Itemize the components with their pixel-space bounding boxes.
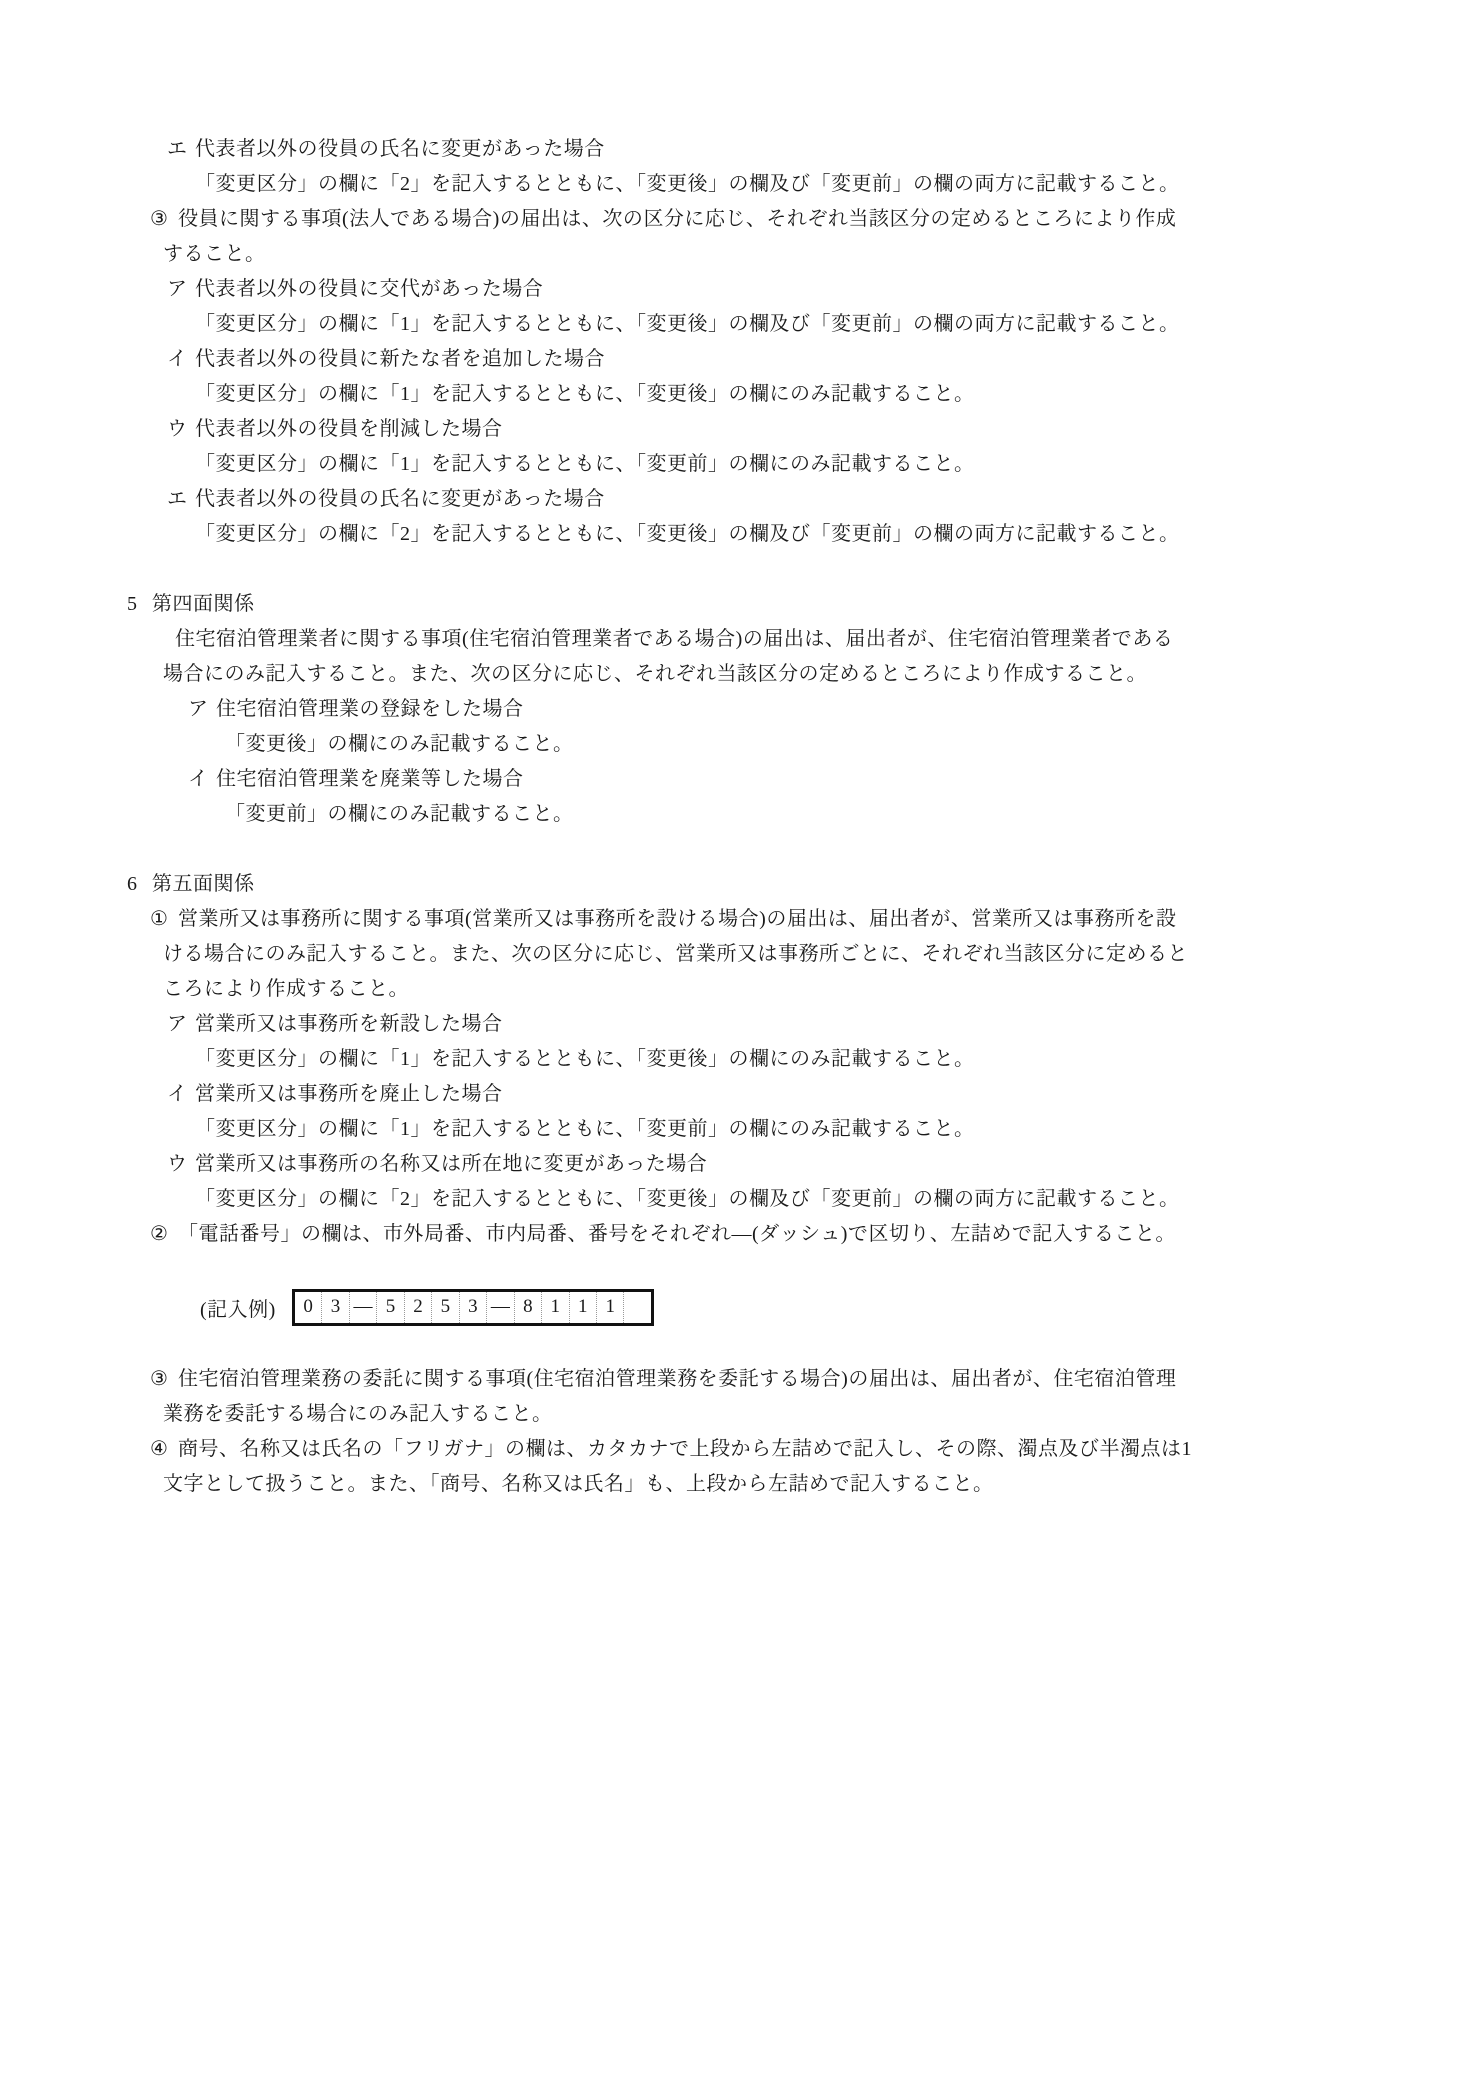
line-marker: エ <box>167 482 195 517</box>
document-line: 「変更区分」の欄に「1」を記入するとともに、「変更後」の欄にのみ記載すること。 <box>0 1042 1459 1077</box>
phone-digit-cell: ― <box>350 1292 377 1323</box>
document-body: エ代表者以外の役員の氏名に変更があった場合「変更区分」の欄に「2」を記入するとと… <box>0 132 1459 1502</box>
phone-digit-cell <box>624 1292 650 1323</box>
document-line: イ営業所又は事務所を廃止した場合 <box>0 1077 1459 1112</box>
document-line: ア営業所又は事務所を新設した場合 <box>0 1007 1459 1042</box>
line-text: 「変更区分」の欄に「1」を記入するとともに、「変更後」の欄にのみ記載すること。 <box>195 1042 975 1077</box>
line-marker: ア <box>167 272 195 307</box>
document-line: 「変更区分」の欄に「2」を記入するとともに、「変更後」の欄及び「変更前」の欄の両… <box>0 1182 1459 1217</box>
phone-digit-cell: 3 <box>322 1292 349 1323</box>
document-line: 「変更区分」の欄に「2」を記入するとともに、「変更後」の欄及び「変更前」の欄の両… <box>0 517 1459 552</box>
line-text: 代表者以外の役員を削減した場合 <box>195 412 503 447</box>
phone-digit-cell: 1 <box>597 1292 624 1323</box>
line-marker: イ <box>167 1077 195 1112</box>
document-line: 「変更区分」の欄に「1」を記入するとともに、「変更後」の欄にのみ記載すること。 <box>0 377 1459 412</box>
document-line: イ住宅宿泊管理業を廃業等した場合 <box>0 762 1459 797</box>
line-text: 住宅宿泊管理業を廃業等した場合 <box>216 762 524 797</box>
line-text: 住宅宿泊管理業務の委託に関する事項(住宅宿泊管理業務を委託する場合)の届出は、届… <box>178 1362 1176 1397</box>
line-marker: ④ <box>150 1432 178 1467</box>
line-text: 「変更後」の欄にのみ記載すること。 <box>225 727 574 762</box>
phone-digit-cell: 1 <box>570 1292 597 1323</box>
line-marker: ア <box>167 1007 195 1042</box>
phone-example-box: 03―5253―8111 <box>292 1289 654 1326</box>
line-text: 「変更前」の欄にのみ記載すること。 <box>225 797 574 832</box>
phone-example-label: (記入例) <box>200 1293 276 1322</box>
document-line: 場合にのみ記入すること。また、次の区分に応じ、それぞれ当該区分の定めるところによ… <box>0 657 1459 692</box>
line-text: 営業所又は事務所を廃止した場合 <box>195 1077 503 1112</box>
document-line: 「変更後」の欄にのみ記載すること。 <box>0 727 1459 762</box>
line-text: 業務を委託する場合にのみ記入すること。 <box>163 1397 553 1432</box>
line-marker: イ <box>188 762 216 797</box>
line-marker: ア <box>188 692 216 727</box>
document-line: 「変更区分」の欄に「2」を記入するとともに、「変更後」の欄及び「変更前」の欄の両… <box>0 167 1459 202</box>
document-line: ウ代表者以外の役員を削減した場合 <box>0 412 1459 447</box>
document-line: エ代表者以外の役員の氏名に変更があった場合 <box>0 482 1459 517</box>
phone-digit-cell: 5 <box>432 1292 459 1323</box>
document-line: エ代表者以外の役員の氏名に変更があった場合 <box>0 132 1459 167</box>
blank-line <box>0 832 1459 867</box>
document-line: ①営業所又は事務所に関する事項(営業所又は事務所を設ける場合)の届出は、届出者が… <box>0 902 1459 937</box>
line-text: 営業所又は事務所の名称又は所在地に変更があった場合 <box>195 1147 707 1182</box>
phone-example-row: (記入例)03―5253―8111 <box>0 1284 1459 1330</box>
line-text: 「変更区分」の欄に「1」を記入するとともに、「変更後」の欄及び「変更前」の欄の両… <box>195 307 1180 342</box>
line-text: ける場合にのみ記入すること。また、次の区分に応じ、営業所又は事務所ごとに、それぞ… <box>163 937 1188 972</box>
document-line: イ代表者以外の役員に新たな者を追加した場合 <box>0 342 1459 377</box>
phone-digit-cell: 0 <box>295 1292 322 1323</box>
document-line: 「変更前」の欄にのみ記載すること。 <box>0 797 1459 832</box>
document-line: ける場合にのみ記入すること。また、次の区分に応じ、営業所又は事務所ごとに、それぞ… <box>0 937 1459 972</box>
line-marker: ③ <box>150 1362 178 1397</box>
line-marker: ウ <box>167 412 195 447</box>
document-line: 6第五面関係 <box>0 867 1459 902</box>
line-text: 第五面関係 <box>152 867 255 902</box>
line-text: 文字として扱うこと。また、「商号、名称又は氏名」も、上段から左詰めで記入すること… <box>163 1467 994 1502</box>
line-text: ころにより作成すること。 <box>163 972 409 1007</box>
line-text: 商号、名称又は氏名の「フリガナ」の欄は、カタカナで上段から左詰めで記入し、その際… <box>178 1432 1192 1467</box>
document-line: 業務を委託する場合にのみ記入すること。 <box>0 1397 1459 1432</box>
line-text: 代表者以外の役員に新たな者を追加した場合 <box>195 342 605 377</box>
line-text: 「変更区分」の欄に「2」を記入するとともに、「変更後」の欄及び「変更前」の欄の両… <box>195 1182 1180 1217</box>
document-line: すること。 <box>0 237 1459 272</box>
line-text: 代表者以外の役員の氏名に変更があった場合 <box>195 132 605 167</box>
document-line: 「変更区分」の欄に「1」を記入するとともに、「変更前」の欄にのみ記載すること。 <box>0 447 1459 482</box>
document-line: ア代表者以外の役員に交代があった場合 <box>0 272 1459 307</box>
line-text: 「変更区分」の欄に「1」を記入するとともに、「変更前」の欄にのみ記載すること。 <box>195 447 975 482</box>
document-line: ③住宅宿泊管理業務の委託に関する事項(住宅宿泊管理業務を委託する場合)の届出は、… <box>0 1362 1459 1397</box>
line-marker: ① <box>150 902 178 937</box>
line-text: 代表者以外の役員の氏名に変更があった場合 <box>195 482 605 517</box>
line-text: 代表者以外の役員に交代があった場合 <box>195 272 543 307</box>
line-text: 住宅宿泊管理業者に関する事項(住宅宿泊管理業者である場合)の届出は、届出者が、住… <box>175 622 1173 657</box>
line-text: 営業所又は事務所を新設した場合 <box>195 1007 503 1042</box>
line-marker: ウ <box>167 1147 195 1182</box>
phone-digit-cell: 5 <box>377 1292 404 1323</box>
document-line: ④商号、名称又は氏名の「フリガナ」の欄は、カタカナで上段から左詰めで記入し、その… <box>0 1432 1459 1467</box>
line-text: 「電話番号」の欄は、市外局番、市内局番、番号をそれぞれ―(ダッシュ)で区切り、左… <box>178 1217 1176 1252</box>
document-line: 5第四面関係 <box>0 587 1459 622</box>
line-marker: エ <box>167 132 195 167</box>
phone-digit-cell: 3 <box>460 1292 487 1323</box>
line-text: 場合にのみ記入すること。また、次の区分に応じ、それぞれ当該区分の定めるところによ… <box>163 657 1147 692</box>
line-text: 「変更区分」の欄に「1」を記入するとともに、「変更前」の欄にのみ記載すること。 <box>195 1112 975 1147</box>
phone-digit-cell: 8 <box>515 1292 542 1323</box>
document-line: 「変更区分」の欄に「1」を記入するとともに、「変更後」の欄及び「変更前」の欄の両… <box>0 307 1459 342</box>
line-text: 住宅宿泊管理業の登録をした場合 <box>216 692 524 727</box>
document-line: ころにより作成すること。 <box>0 972 1459 1007</box>
phone-digit-cell: ― <box>487 1292 514 1323</box>
document-page: エ代表者以外の役員の氏名に変更があった場合「変更区分」の欄に「2」を記入するとと… <box>0 0 1459 2091</box>
line-text: 「変更区分」の欄に「2」を記入するとともに、「変更後」の欄及び「変更前」の欄の両… <box>195 517 1180 552</box>
document-line: ②「電話番号」の欄は、市外局番、市内局番、番号をそれぞれ―(ダッシュ)で区切り、… <box>0 1217 1459 1252</box>
line-text: 「変更区分」の欄に「2」を記入するとともに、「変更後」の欄及び「変更前」の欄の両… <box>195 167 1180 202</box>
line-text: 第四面関係 <box>152 587 255 622</box>
phone-digit-cell: 1 <box>542 1292 569 1323</box>
line-text: 「変更区分」の欄に「1」を記入するとともに、「変更後」の欄にのみ記載すること。 <box>195 377 975 412</box>
line-marker: ③ <box>150 202 178 237</box>
blank-line <box>0 552 1459 587</box>
line-marker: イ <box>167 342 195 377</box>
document-line: ウ営業所又は事務所の名称又は所在地に変更があった場合 <box>0 1147 1459 1182</box>
line-text: 営業所又は事務所に関する事項(営業所又は事務所を設ける場合)の届出は、届出者が、… <box>178 902 1176 937</box>
line-marker: 5 <box>127 587 152 622</box>
document-line: 「変更区分」の欄に「1」を記入するとともに、「変更前」の欄にのみ記載すること。 <box>0 1112 1459 1147</box>
document-line: ア住宅宿泊管理業の登録をした場合 <box>0 692 1459 727</box>
line-marker: 6 <box>127 867 152 902</box>
phone-digit-cell: 2 <box>405 1292 432 1323</box>
line-marker: ② <box>150 1217 178 1252</box>
line-text: 役員に関する事項(法人である場合)の届出は、次の区分に応じ、それぞれ当該区分の定… <box>178 202 1176 237</box>
document-line: 住宅宿泊管理業者に関する事項(住宅宿泊管理業者である場合)の届出は、届出者が、住… <box>0 622 1459 657</box>
document-line: ③役員に関する事項(法人である場合)の届出は、次の区分に応じ、それぞれ当該区分の… <box>0 202 1459 237</box>
document-line: 文字として扱うこと。また、「商号、名称又は氏名」も、上段から左詰めで記入すること… <box>0 1467 1459 1502</box>
line-text: すること。 <box>163 237 266 272</box>
